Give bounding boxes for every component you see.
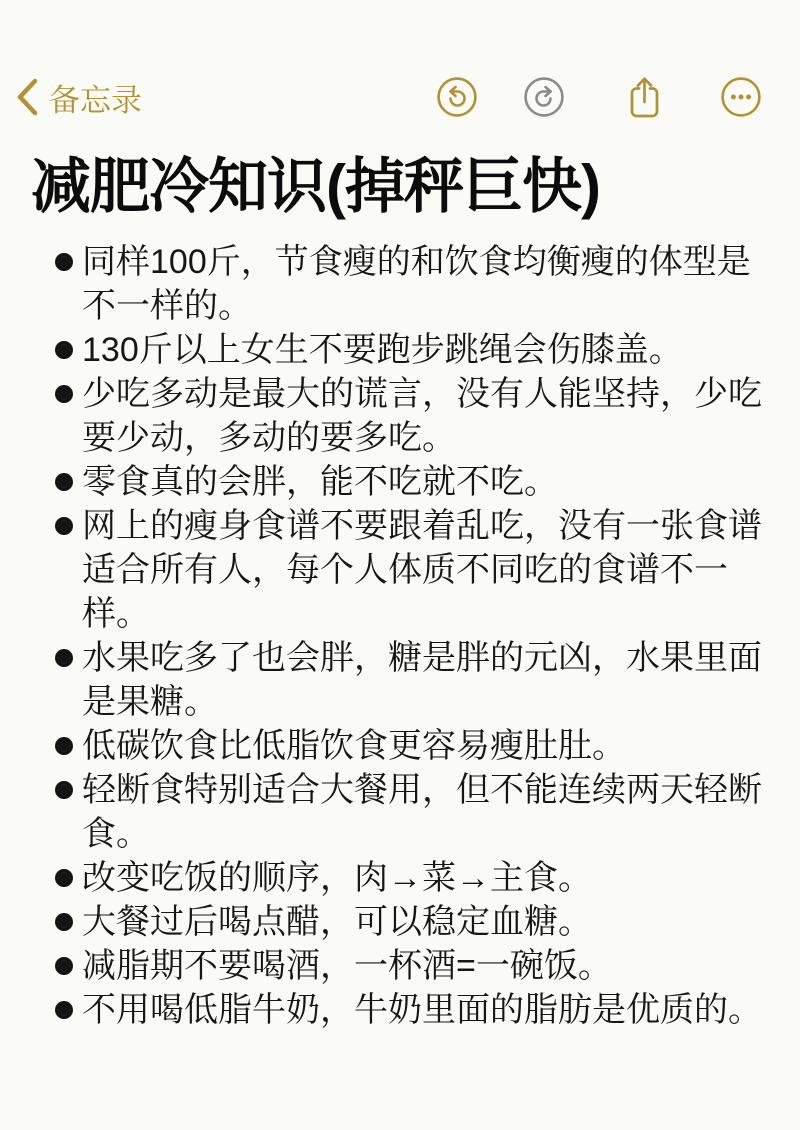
- list-item-text: 轻断食特别适合大餐用，但不能连续两天轻断食。: [82, 771, 762, 853]
- notes-app-screen: { "nav": { "back_label": "备忘录", "icons":…: [0, 0, 800, 1130]
- list-item-text: 少吃多动是最大的谎言，没有人能坚持，少吃要少动，多动的要多吃。: [82, 375, 762, 457]
- chevron-left-icon: [14, 77, 40, 117]
- bullet-dot: [55, 473, 73, 491]
- list-item: 低碳饮食比低脂饮食更容易瘦肚肚。: [0, 724, 774, 768]
- bullet-list: 同样100斤，节食瘦的和饮食均衡瘦的体型是不一样的。 130斤以上女生不要跑步跳…: [0, 240, 800, 1032]
- undo-icon[interactable]: [436, 76, 478, 118]
- list-item: 改变吃饭的顺序，肉→菜→主食。: [0, 856, 774, 900]
- list-item-text: 零食真的会胖，能不吃就不吃。: [82, 463, 558, 501]
- bullet-dot: [55, 517, 73, 535]
- bullet-dot: [55, 913, 73, 931]
- list-item: 网上的瘦身食谱不要跟着乱吃，没有一张食谱适合所有人，每个人体质不同吃的食谱不一样…: [0, 504, 774, 636]
- list-item: 同样100斤，节食瘦的和饮食均衡瘦的体型是不一样的。: [0, 240, 774, 328]
- bullet-dot: [55, 957, 73, 975]
- bullet-dot: [55, 1001, 73, 1019]
- list-item-text: 130斤以上女生不要跑步跳绳会伤膝盖。: [82, 331, 683, 369]
- list-item-text: 网上的瘦身食谱不要跟着乱吃，没有一张食谱适合所有人，每个人体质不同吃的食谱不一样…: [82, 507, 762, 633]
- list-item: 减脂期不要喝酒，一杯酒=一碗饭。: [0, 944, 774, 988]
- list-item-text: 改变吃饭的顺序，肉→菜→主食。: [82, 859, 592, 897]
- list-item: 不用喝低脂牛奶，牛奶里面的脂肪是优质的。: [0, 988, 774, 1032]
- list-item-text: 低碳饮食比低脂饮食更容易瘦肚肚。: [82, 727, 626, 765]
- list-item: 轻断食特别适合大餐用，但不能连续两天轻断食。: [0, 768, 774, 856]
- note-title: 减肥冷知识(掉秤巨快): [0, 150, 800, 223]
- bullet-dot: [55, 737, 73, 755]
- list-item: 水果吃多了也会胖，糖是胖的元凶，水果里面是果糖。: [0, 636, 774, 724]
- list-item: 少吃多动是最大的谎言，没有人能坚持，少吃要少动，多动的要多吃。: [0, 372, 774, 460]
- nav-actions: [436, 74, 762, 121]
- nav-bar: 备忘录: [0, 70, 800, 124]
- list-item-text: 不用喝低脂牛奶，牛奶里面的脂肪是优质的。: [82, 991, 762, 1029]
- list-item-text: 同样100斤，节食瘦的和饮食均衡瘦的体型是不一样的。: [82, 243, 751, 325]
- list-item-text: 水果吃多了也会胖，糖是胖的元凶，水果里面是果糖。: [82, 639, 762, 721]
- bullet-dot: [55, 649, 73, 667]
- list-item-text: 大餐过后喝点醋，可以稳定血糖。: [82, 903, 592, 941]
- share-icon[interactable]: [627, 74, 662, 121]
- bullet-dot: [55, 253, 73, 271]
- bullet-dot: [55, 385, 73, 403]
- list-item: 130斤以上女生不要跑步跳绳会伤膝盖。: [0, 328, 774, 372]
- bullet-dot: [55, 781, 73, 799]
- bullet-dot: [55, 869, 73, 887]
- redo-icon[interactable]: [523, 76, 565, 118]
- more-ellipsis-icon[interactable]: [720, 76, 762, 118]
- note-content[interactable]: 减肥冷知识(掉秤巨快) 同样100斤，节食瘦的和饮食均衡瘦的体型是不一样的。 1…: [0, 150, 800, 1032]
- bullet-dot: [55, 341, 73, 359]
- list-item: 大餐过后喝点醋，可以稳定血糖。: [0, 900, 774, 944]
- back-button-label: 备忘录: [49, 75, 142, 120]
- list-item: 零食真的会胖，能不吃就不吃。: [0, 460, 774, 504]
- back-button[interactable]: 备忘录: [14, 75, 142, 120]
- list-item-text: 减脂期不要喝酒，一杯酒=一碗饭。: [82, 947, 612, 985]
